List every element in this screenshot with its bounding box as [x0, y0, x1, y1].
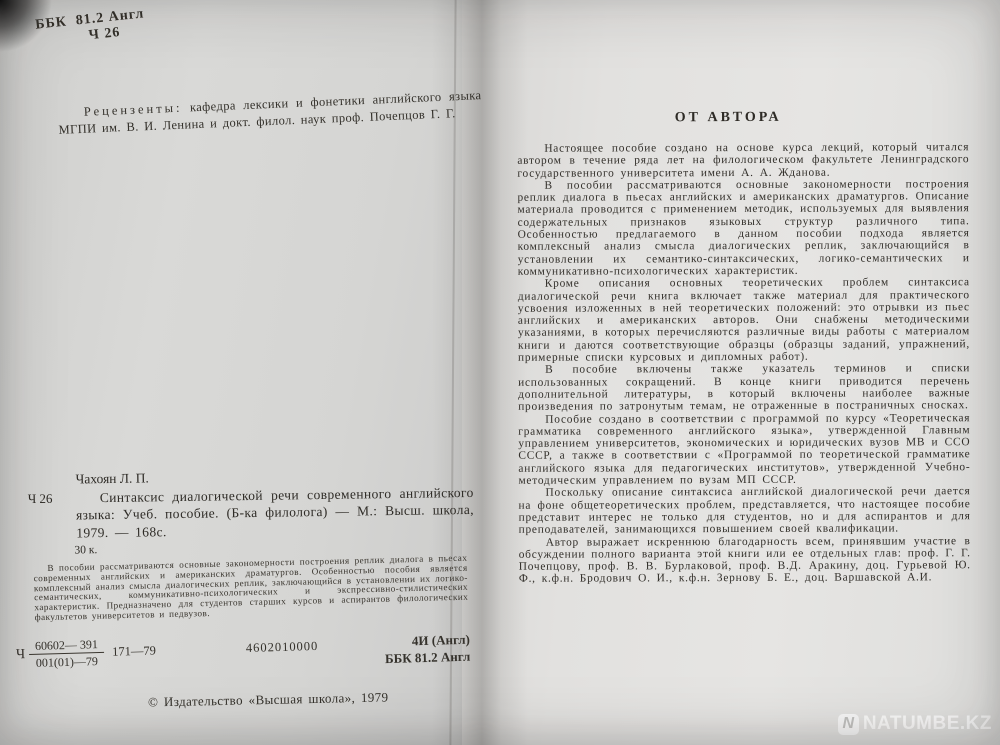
reviewers-label: Рецензенты:: [83, 101, 182, 119]
paragraph-4: В пособие включены также указатель терми…: [518, 363, 970, 414]
paragraph-3: Кроме описания основных теоретических пр…: [518, 276, 970, 364]
imprint-number: 4602010000: [246, 639, 319, 656]
imprint-bbk-code: ББК 81.2 Англ: [385, 648, 471, 667]
imprint-denominator: 001(01)—79: [29, 653, 104, 670]
section-heading: ОТ АВТОРА: [517, 109, 969, 127]
paragraph-7: Автор выражает искреннюю благодарность в…: [519, 535, 971, 586]
bbk-label: ББК: [35, 14, 68, 32]
paragraph-1: Настоящее пособие создано на основе курс…: [517, 141, 969, 179]
card-title: Синтаксис диалогической речи современног…: [76, 483, 475, 541]
watermark-icon: N: [838, 714, 859, 735]
paragraph-2: В пособии рассматриваются основные закон…: [517, 178, 969, 278]
paragraph-5: Пособие создано в соответствии с програм…: [518, 412, 970, 487]
annotation-text: В пособии рассматриваются основные закон…: [33, 554, 468, 623]
imprint-suffix: 171—79: [112, 643, 156, 659]
watermark-text: NATUMBE.KZ: [863, 713, 992, 735]
bbk-code2: Ч 26: [88, 25, 121, 43]
from-author-section: ОТ АВТОРА Настоящее пособие создано на о…: [517, 109, 971, 585]
card-body: Ч 26 Синтаксис диалогической речи соврем…: [28, 483, 475, 542]
site-watermark: N NATUMBE.KZ: [838, 713, 992, 735]
paragraph-6: Поскольку описание синтаксиса английской…: [518, 486, 970, 537]
imprint-letter: Ч: [16, 647, 26, 663]
imprint-right-codes: 4И (Англ) ББК 81.2 Англ: [384, 631, 470, 667]
catalog-card: Чахоян Л. П. Ч 26 Синтаксис диалогическо…: [27, 465, 474, 561]
imprint-fraction: 60602— 391 001(01)—79: [29, 637, 105, 670]
book-photo: ББК 81.2 Англ Ч 26 Рецензенты: кафедра л…: [0, 0, 1000, 745]
card-code: Ч 26: [28, 489, 77, 542]
section-paragraphs: Настоящее пособие создано на основе курс…: [517, 141, 971, 585]
annotation-body: В пособии рассматриваются основные закон…: [33, 554, 468, 623]
